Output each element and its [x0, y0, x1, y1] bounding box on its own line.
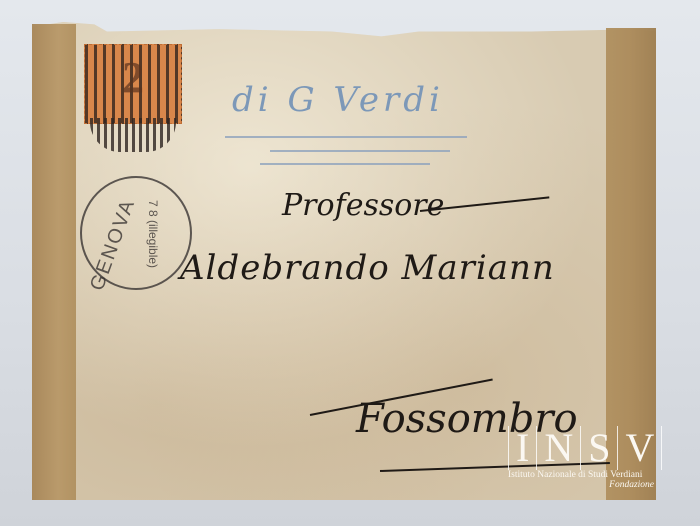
address-line-1: Professore — [282, 188, 444, 223]
insv-letter: S — [580, 426, 617, 470]
tape-strip-left — [32, 24, 76, 500]
insv-logo-letters: I N S V — [508, 426, 658, 470]
insv-letter: V — [617, 426, 662, 470]
insv-institution: Istituto Nazionale di Studi Verdiani — [508, 470, 658, 480]
insv-letter: I — [508, 426, 536, 470]
address-line-2: Aldebrando Mariann — [180, 248, 555, 288]
pencil-underline-3 — [260, 163, 430, 165]
insv-letter: N — [536, 426, 580, 470]
pencil-note: di G Verdi — [232, 80, 444, 120]
insv-watermark: I N S V Istituto Nazionale di Studi Verd… — [508, 426, 658, 492]
pencil-underline-2 — [270, 150, 450, 152]
pencil-underline-1 — [225, 136, 467, 138]
stamp-numeral: 2 — [122, 52, 144, 103]
insv-subtitle: Fondazione — [508, 480, 658, 490]
postmark-date: 7 8 (illegible) — [146, 200, 160, 268]
